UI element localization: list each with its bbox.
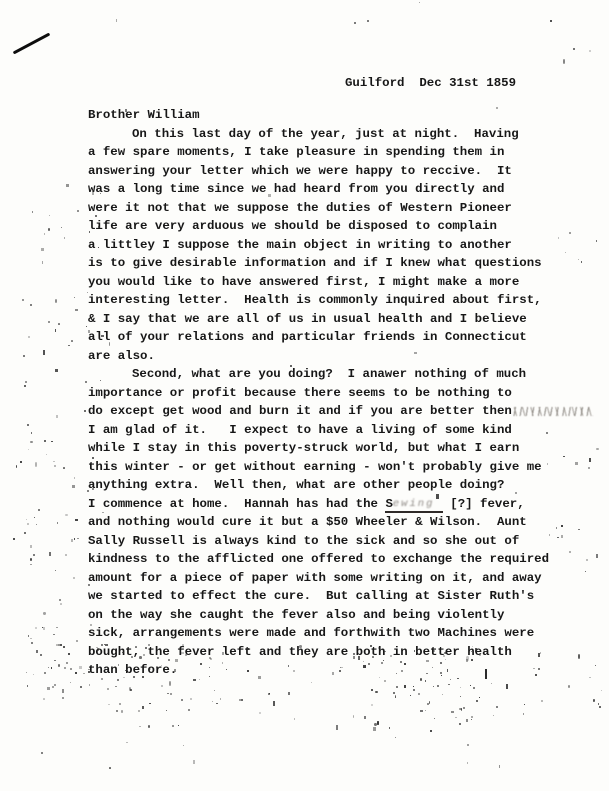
scan-speck <box>193 760 195 764</box>
scan-speck <box>491 683 492 684</box>
scan-speck <box>368 663 370 665</box>
scan-speck <box>596 448 599 451</box>
scan-speck <box>54 465 56 467</box>
scan-speck <box>129 687 131 691</box>
scan-speck <box>62 689 64 693</box>
scan-speck <box>460 687 462 689</box>
scan-speck <box>585 571 587 573</box>
scan-speck <box>214 690 215 691</box>
scan-speck <box>30 304 32 306</box>
scan-speck <box>55 299 57 303</box>
scan-speck <box>575 462 577 464</box>
scan-speck <box>84 410 86 412</box>
scan-speck <box>466 719 467 722</box>
scan-speck <box>437 685 439 687</box>
scan-speck <box>55 570 57 572</box>
scan-speck <box>80 686 82 688</box>
scan-speck <box>74 538 76 540</box>
scan-speck <box>293 670 295 672</box>
scan-speck <box>55 369 57 371</box>
scan-speck <box>31 642 33 644</box>
scan-speck <box>31 432 33 434</box>
scan-speck <box>24 385 27 388</box>
scan-speck <box>92 488 94 490</box>
scan-speck <box>400 661 402 663</box>
scan-speck <box>216 703 218 705</box>
scan-speck <box>546 432 549 435</box>
scan-speck <box>53 461 55 463</box>
scan-speck <box>133 676 134 677</box>
scan-speck <box>30 564 31 565</box>
letter-body: Brother William On this last day of the … <box>88 106 588 680</box>
scan-speck <box>60 644 62 646</box>
letter-line: we started to effect the cure. But calli… <box>88 587 588 606</box>
scan-speck <box>71 340 73 342</box>
scan-speck <box>563 59 565 64</box>
scan-speck <box>193 679 195 681</box>
scan-speck <box>30 441 32 443</box>
scan-speck <box>53 634 55 636</box>
letter-line: & I say that we are all of us in usual h… <box>88 310 588 329</box>
scan-speck <box>88 330 90 332</box>
scan-speck <box>51 667 53 669</box>
scan-speck <box>62 697 63 698</box>
scan-speck <box>33 674 34 675</box>
scan-speck <box>44 672 46 674</box>
letter-line: than before. <box>88 661 588 680</box>
scan-speck <box>578 529 579 530</box>
scan-speck <box>28 336 30 338</box>
letter-line: are also. <box>88 347 588 366</box>
scan-speck <box>473 687 475 689</box>
scan-speck <box>58 664 60 666</box>
scan-speck <box>24 532 26 534</box>
scan-speck <box>77 210 78 212</box>
scan-speck <box>332 672 335 675</box>
scan-speck <box>496 706 499 709</box>
letter-line: you would like to have answered first, I… <box>88 273 588 292</box>
scan-speck <box>60 603 62 605</box>
scan-speck <box>364 716 366 718</box>
scan-speck <box>395 695 396 697</box>
scan-speck <box>175 659 177 661</box>
scan-speck <box>420 678 422 680</box>
letter-line: answering your letter which we were happ… <box>88 162 588 181</box>
scan-speck <box>589 458 591 462</box>
scan-speck <box>86 326 88 328</box>
scan-speck <box>75 672 76 673</box>
scan-speck <box>63 646 65 648</box>
scan-speck <box>181 652 183 654</box>
scan-speck <box>475 648 477 652</box>
scan-speck <box>209 667 210 668</box>
scan-speck <box>98 226 100 228</box>
scan-speck <box>42 627 43 628</box>
scan-speck <box>506 684 508 688</box>
scan-speck <box>145 647 146 650</box>
scan-speck <box>353 653 355 655</box>
scan-speck <box>125 670 126 671</box>
scan-speck <box>56 415 57 417</box>
scan-speck <box>247 670 249 672</box>
scan-speck <box>161 665 162 666</box>
scan-speck <box>381 662 383 664</box>
scan-speck <box>13 538 15 540</box>
scan-speck <box>20 461 22 463</box>
scan-speck <box>311 682 312 683</box>
pen-slash-mark <box>13 33 51 55</box>
scan-speck <box>16 465 18 468</box>
letter-line: was a long time since we had heard from … <box>88 180 588 199</box>
scan-speck <box>426 673 427 674</box>
scan-speck <box>148 644 151 647</box>
scan-speck <box>54 660 55 661</box>
scan-speck <box>561 525 563 527</box>
scan-speck <box>74 297 75 298</box>
scan-speck <box>569 232 570 233</box>
letter-line: I commence at home. Hannah has had the S… <box>88 495 588 514</box>
scan-speck <box>444 652 446 654</box>
scan-speck <box>455 717 456 718</box>
scan-speck <box>241 699 243 701</box>
scan-speck <box>434 718 435 719</box>
scan-speck <box>159 648 161 650</box>
letter-lines: On this last day of the year, just at ni… <box>88 125 588 680</box>
scan-speck <box>101 335 103 337</box>
scan-speck <box>56 644 58 646</box>
scan-speck <box>87 292 88 293</box>
scan-speck <box>142 706 144 708</box>
scan-speck <box>586 559 588 561</box>
letter-line: do except get wood and burn it and if yo… <box>88 402 588 421</box>
scan-speck <box>27 424 29 426</box>
scan-speck <box>200 663 202 665</box>
scan-speck <box>448 684 450 686</box>
scan-speck <box>43 350 45 355</box>
scan-speck <box>535 674 537 676</box>
scan-speck <box>139 656 142 659</box>
scan-speck <box>353 656 354 659</box>
scan-speck <box>122 652 124 654</box>
scan-speck <box>75 309 77 311</box>
scan-speck <box>598 703 599 704</box>
scan-speck <box>181 699 183 701</box>
scan-speck <box>70 682 71 683</box>
scan-speck <box>125 109 127 111</box>
scan-speck <box>59 599 61 601</box>
scan-speck <box>117 679 119 681</box>
scan-speck <box>38 509 40 511</box>
scan-speck <box>459 723 461 725</box>
scan-speck <box>77 538 79 540</box>
letter-line: importance or profit because there seems… <box>88 384 588 403</box>
scan-speck <box>56 627 58 629</box>
scan-speck <box>51 441 52 442</box>
scan-speck <box>460 696 461 697</box>
scan-speck <box>363 665 365 667</box>
scan-speck <box>379 677 380 678</box>
scan-speck <box>174 669 176 671</box>
scan-speck <box>35 462 37 467</box>
scan-speck <box>116 19 117 22</box>
scan-speck <box>149 668 151 670</box>
scan-speck <box>87 490 89 492</box>
scan-speck <box>28 635 30 637</box>
scan-speck <box>573 48 575 50</box>
scan-speck <box>52 686 54 688</box>
scan-speck <box>467 744 469 746</box>
scan-speck <box>589 677 590 678</box>
scan-speck <box>54 684 56 686</box>
scan-speck <box>450 679 451 680</box>
scan-speck <box>589 50 591 52</box>
scan-speck <box>68 653 70 655</box>
scan-speck <box>222 652 224 654</box>
letter-line: interesting letter. Health is commonly i… <box>88 291 588 310</box>
letter-page: Guilford Dec 31st 1859 Brother William O… <box>0 0 609 791</box>
scan-speck <box>268 693 270 695</box>
scan-speck <box>258 676 260 678</box>
scan-speck <box>419 2 420 3</box>
scan-speck <box>55 329 57 332</box>
scan-speck <box>367 20 369 22</box>
scan-speck <box>404 685 406 687</box>
ink-smudge <box>513 407 593 416</box>
scan-speck <box>259 712 261 714</box>
letter-line: and nothing would cure it but a $50 Whee… <box>88 513 588 532</box>
scan-speck <box>358 656 360 660</box>
scan-speck <box>395 737 396 738</box>
scan-speck <box>294 718 295 720</box>
scan-speck <box>451 711 453 713</box>
scan-speck <box>273 701 276 706</box>
scan-speck <box>471 651 472 652</box>
scan-speck <box>288 665 290 667</box>
letter-line: Second, what are you doing? I anawer not… <box>88 365 588 384</box>
scan-speck <box>209 657 211 659</box>
dateline: Guilford Dec 31st 1859 <box>345 76 516 90</box>
scan-speck <box>36 524 37 525</box>
scan-speck <box>339 670 341 672</box>
scan-speck <box>101 678 103 680</box>
scan-speck <box>436 494 439 499</box>
scan-speck <box>65 554 67 556</box>
scan-speck <box>226 669 227 670</box>
scan-speck <box>68 345 70 347</box>
scan-speck <box>143 654 145 656</box>
scan-speck <box>341 667 342 668</box>
scan-speck <box>248 648 250 650</box>
salutation: Brother William <box>88 106 588 125</box>
scan-speck <box>161 685 163 687</box>
scan-speck <box>135 646 137 648</box>
scan-speck <box>197 648 198 649</box>
scan-speck <box>168 659 170 661</box>
scan-speck <box>102 512 104 514</box>
scan-speck <box>466 656 468 661</box>
scan-speck <box>115 686 116 687</box>
scan-speck <box>25 381 27 383</box>
scan-speck <box>432 667 433 668</box>
scan-speck <box>375 691 377 693</box>
scan-speck <box>471 659 473 661</box>
scan-speck <box>142 676 144 678</box>
scan-speck <box>41 752 43 754</box>
scan-speck <box>72 485 74 487</box>
letter-line: amount for a piece of paper with some wr… <box>88 569 588 588</box>
scan-speck <box>440 662 441 663</box>
scan-speck <box>138 710 140 712</box>
scan-speck <box>541 700 543 702</box>
scan-speck <box>172 725 174 727</box>
scan-speck <box>396 673 397 674</box>
scan-speck <box>169 681 171 686</box>
scan-speck <box>131 656 133 658</box>
scan-speck <box>595 665 596 666</box>
scan-speck <box>588 467 589 468</box>
scan-speck <box>425 710 426 711</box>
scan-speck <box>76 640 78 642</box>
scan-speck <box>378 647 380 649</box>
scan-speck <box>499 765 500 768</box>
scan-speck <box>48 321 50 323</box>
scan-speck <box>429 701 431 704</box>
scan-speck <box>371 689 373 691</box>
scan-speck <box>34 517 35 518</box>
scan-speck <box>157 657 159 659</box>
scan-speck <box>430 730 432 732</box>
letter-line: sick, arrangements were made and forthwi… <box>88 624 588 643</box>
scan-speck <box>23 355 25 357</box>
scan-speck <box>183 745 184 746</box>
scan-speck <box>88 584 90 586</box>
scan-speck <box>89 523 91 525</box>
scan-speck <box>393 692 395 694</box>
scan-speck <box>447 669 448 672</box>
scan-speck <box>48 228 51 231</box>
scan-speck <box>46 454 48 456</box>
scan-speck <box>420 710 422 712</box>
scan-speck <box>66 184 68 186</box>
scan-speck <box>547 463 549 465</box>
scan-speck <box>107 688 109 690</box>
scan-speck <box>89 684 91 686</box>
scan-speck <box>524 704 525 705</box>
scan-speck <box>163 668 164 669</box>
scan-speck <box>26 672 27 673</box>
scan-speck <box>66 662 68 664</box>
scan-speck <box>563 456 565 458</box>
scan-speck <box>377 721 379 726</box>
scan-speck <box>47 687 49 689</box>
scan-speck <box>596 240 597 241</box>
scan-speck <box>35 627 37 629</box>
letter-line: I am glad of it. I expect to have a livi… <box>88 421 588 440</box>
scan-speck <box>92 457 94 459</box>
scan-speck <box>105 644 108 647</box>
scan-speck <box>28 449 29 450</box>
scan-speck <box>290 365 292 367</box>
scan-speck <box>167 693 168 694</box>
scan-speck <box>569 551 571 553</box>
scan-speck <box>64 237 66 239</box>
scan-speck <box>578 259 579 260</box>
scan-speck <box>27 685 29 687</box>
scan-speck <box>353 715 355 719</box>
scan-speck <box>65 514 68 517</box>
scan-speck <box>85 381 86 382</box>
scan-speck <box>26 519 27 520</box>
scan-speck <box>558 237 560 239</box>
scan-speck <box>43 612 45 614</box>
scan-speck <box>95 215 97 217</box>
scan-speck <box>479 654 481 656</box>
scan-speck <box>523 713 524 714</box>
scan-speck <box>109 767 111 769</box>
scan-speck <box>599 706 601 708</box>
illegible-word: ewing <box>393 498 443 511</box>
scan-speck <box>149 703 151 705</box>
scan-speck <box>384 680 386 682</box>
scan-speck <box>74 477 76 479</box>
scan-speck <box>48 667 49 668</box>
underlined-word: Sewing <box>385 498 442 513</box>
scan-speck <box>467 762 468 763</box>
scan-speck <box>390 655 391 656</box>
scan-speck <box>413 686 414 687</box>
scan-speck <box>148 725 150 727</box>
scan-speck <box>220 698 222 700</box>
scan-speck <box>139 726 141 728</box>
scan-speck <box>471 719 472 720</box>
scan-speck <box>445 659 446 660</box>
scan-speck <box>389 727 391 729</box>
scan-speck <box>413 689 415 691</box>
letter-line: is to give desirable information and if … <box>88 254 588 273</box>
scan-speck <box>49 215 50 216</box>
scan-speck <box>64 667 66 669</box>
scan-speck <box>414 352 417 355</box>
scan-speck <box>442 694 443 695</box>
scan-speck <box>178 725 180 727</box>
scan-speck <box>98 247 99 248</box>
scan-speck <box>479 697 480 698</box>
letter-line: Sally Russell is always kind to the sick… <box>88 532 588 551</box>
scan-speck <box>188 709 190 711</box>
scan-speck <box>70 668 72 670</box>
letter-line: On this last day of the year, just at ni… <box>88 125 588 144</box>
scan-speck <box>190 698 192 700</box>
letter-line: life are very arduous we should be dispo… <box>88 217 588 236</box>
scan-speck <box>89 231 90 232</box>
scan-speck <box>30 638 32 640</box>
scan-speck <box>43 627 45 629</box>
scan-speck <box>119 703 121 705</box>
scan-speck <box>42 261 43 264</box>
scan-speck <box>354 22 356 24</box>
scan-speck <box>126 742 128 744</box>
letter-line: all of your relations and particular fri… <box>88 328 588 347</box>
scan-speck <box>299 645 302 648</box>
letter-line: a few spare moments, I take pleasure in … <box>88 143 588 162</box>
scan-speck <box>44 440 46 442</box>
scan-speck <box>33 554 35 556</box>
scan-speck <box>101 644 103 646</box>
scan-speck <box>75 519 78 522</box>
scan-speck <box>568 685 570 687</box>
scan-speck <box>493 715 494 716</box>
scan-speck <box>288 692 290 694</box>
